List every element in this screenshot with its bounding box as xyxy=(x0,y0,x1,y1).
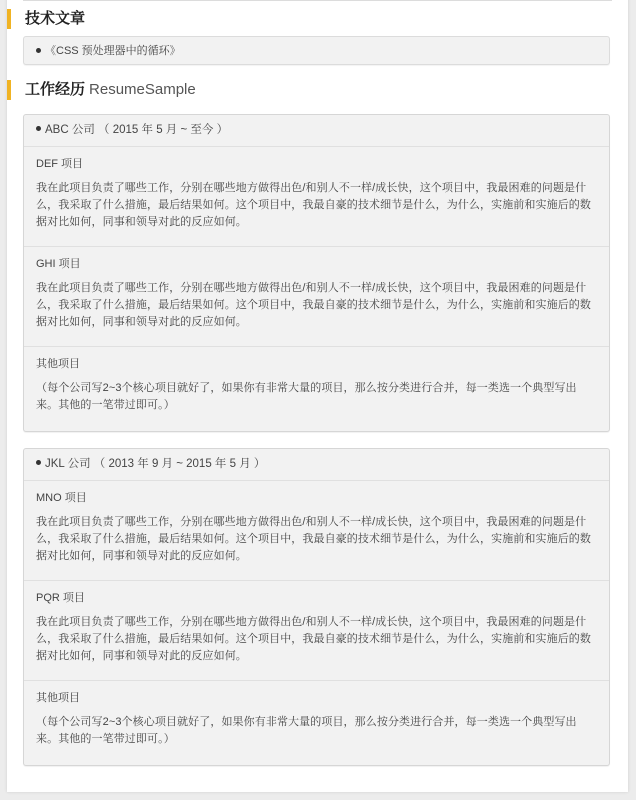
company-card: JKL 公司 （ 2013 年 9 月 ~ 2015 年 5 月 ） MNO 项… xyxy=(23,448,610,766)
project-title: DEF 项目 xyxy=(36,155,597,173)
company-header: JKL 公司 （ 2013 年 9 月 ~ 2015 年 5 月 ） xyxy=(24,449,609,481)
work-title-text: 工作经历 xyxy=(25,81,85,98)
resume-page: 技术文章 《CSS 预处理器中的循环》 工作经历ResumeSample ABC… xyxy=(7,0,628,792)
project-title: 其他项目 xyxy=(36,355,597,373)
work-section-title: 工作经历ResumeSample xyxy=(7,80,196,100)
project-desc: （每个公司写2~3个核心项目就好了，如果你有非常大量的项目，那么按分类进行合并，… xyxy=(36,380,597,414)
project-item: PQR 项目 我在此项目负责了哪些工作，分别在哪些地方做得出色/和别人不一样/成… xyxy=(24,581,609,681)
company-card: ABC 公司 （ 2015 年 5 月 ~ 至今 ） DEF 项目 我在此项目负… xyxy=(23,114,610,432)
company-header-text: JKL 公司 （ 2013 年 9 月 ~ 2015 年 5 月 ） xyxy=(45,458,265,470)
project-desc: 我在此项目负责了哪些工作，分别在哪些地方做得出色/和别人不一样/成长快，这个项目… xyxy=(36,514,597,565)
article-link[interactable]: 《CSS 预处理器中的循环》 xyxy=(45,45,181,57)
project-title: MNO 项目 xyxy=(36,489,597,507)
project-item: 其他项目 （每个公司写2~3个核心项目就好了，如果你有非常大量的项目，那么按分类… xyxy=(24,681,609,765)
project-desc: （每个公司写2~3个核心项目就好了，如果你有非常大量的项目，那么按分类进行合并，… xyxy=(36,714,597,748)
project-title: 其他项目 xyxy=(36,689,597,707)
previous-section-box xyxy=(23,0,612,1)
project-item: GHI 项目 我在此项目负责了哪些工作，分别在哪些地方做得出色/和别人不一样/成… xyxy=(24,247,609,347)
project-desc: 我在此项目负责了哪些工作，分别在哪些地方做得出色/和别人不一样/成长快，这个项目… xyxy=(36,180,597,231)
bullet-icon xyxy=(36,48,41,53)
articles-section-title: 技术文章 xyxy=(7,9,85,29)
bullet-icon xyxy=(36,126,41,131)
work-subtitle: ResumeSample xyxy=(89,81,196,98)
articles-title-text: 技术文章 xyxy=(25,10,85,27)
articles-card: 《CSS 预处理器中的循环》 xyxy=(23,36,610,65)
company-header-text: ABC 公司 （ 2015 年 5 月 ~ 至今 ） xyxy=(45,124,228,136)
project-item: DEF 项目 我在此项目负责了哪些工作，分别在哪些地方做得出色/和别人不一样/成… xyxy=(24,147,609,247)
company-header: ABC 公司 （ 2015 年 5 月 ~ 至今 ） xyxy=(24,115,609,147)
bullet-icon xyxy=(36,460,41,465)
project-item: MNO 项目 我在此项目负责了哪些工作，分别在哪些地方做得出色/和别人不一样/成… xyxy=(24,481,609,581)
project-title: PQR 项目 xyxy=(36,589,597,607)
project-desc: 我在此项目负责了哪些工作，分别在哪些地方做得出色/和别人不一样/成长快，这个项目… xyxy=(36,280,597,331)
project-item: 其他项目 （每个公司写2~3个核心项目就好了，如果你有非常大量的项目，那么按分类… xyxy=(24,347,609,431)
project-desc: 我在此项目负责了哪些工作，分别在哪些地方做得出色/和别人不一样/成长快，这个项目… xyxy=(36,614,597,665)
project-title: GHI 项目 xyxy=(36,255,597,273)
